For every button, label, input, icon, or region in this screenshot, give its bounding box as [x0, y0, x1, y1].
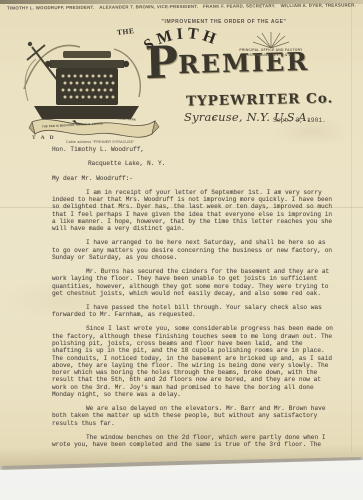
- paragraph-5: Since I last wrote you, some considerabl…: [52, 325, 333, 398]
- cable-address: Cable address "PREMIER SYRACUSE": [66, 140, 135, 144]
- date-line: Sept. 3, 1901.: [273, 117, 326, 124]
- engraver-monogram: T A D: [32, 135, 56, 141]
- paper-crease: [351, 0, 352, 452]
- paragraph-6: We are also delayed on the elevators. Mr…: [52, 405, 333, 427]
- office-note-line2: SYRACUSE, N.Y. U.S.A.: [232, 53, 310, 58]
- paragraph-4: I have passed the hotel bill through. Yo…: [52, 304, 333, 319]
- paragraph-3: Mr. Burns has secured the cinders for th…: [52, 268, 333, 297]
- paragraph-2: I have arranged to be here next Saturday…: [52, 239, 333, 261]
- paragraph-1: I am in receipt of your letter of Septem…: [52, 189, 333, 233]
- scanned-letter-page: TIMOTHY L. WOODRUFF, PRESIDENT. ALEXANDE…: [0, 0, 363, 500]
- officers-row: TIMOTHY L. WOODRUFF, PRESIDENT. ALEXANDE…: [7, 2, 356, 10]
- stray-typed-character: E: [213, 115, 217, 122]
- recipient-name: Hon. Timothy L. Woodruff,: [52, 146, 333, 153]
- letter-body: Hon. Timothy L. Woodruff, Racquette Lake…: [52, 146, 333, 448]
- letter-paper: TIMOTHY L. WOODRUFF, PRESIDENT. ALEXANDE…: [0, 0, 363, 468]
- recipient-address: Racquette Lake, N. Y.: [52, 160, 333, 167]
- officer-president: TIMOTHY L. WOODRUFF, PRESIDENT.: [7, 5, 94, 11]
- office-note: PRINCIPAL OFFICE AND FACTORY SYRACUSE, N…: [232, 32, 310, 58]
- officer-secretary: FRANK F. PEARD, SECRETARY.: [203, 3, 276, 9]
- officer-treasurer: WILLIAM A. DYER, TREASURER.: [281, 2, 356, 8]
- brand-typewriter-co: TYPEWRITER Co.: [186, 90, 334, 109]
- premier-initial: P: [144, 41, 178, 86]
- officer-vice-president: ALEXANDER T. BROWN, VICE-PRESIDENT.: [99, 4, 198, 10]
- sunburst-icon: [251, 32, 291, 48]
- paper-crease: [0, 207, 363, 208]
- salutation: My dear Mr. Woodruff:-: [52, 175, 333, 182]
